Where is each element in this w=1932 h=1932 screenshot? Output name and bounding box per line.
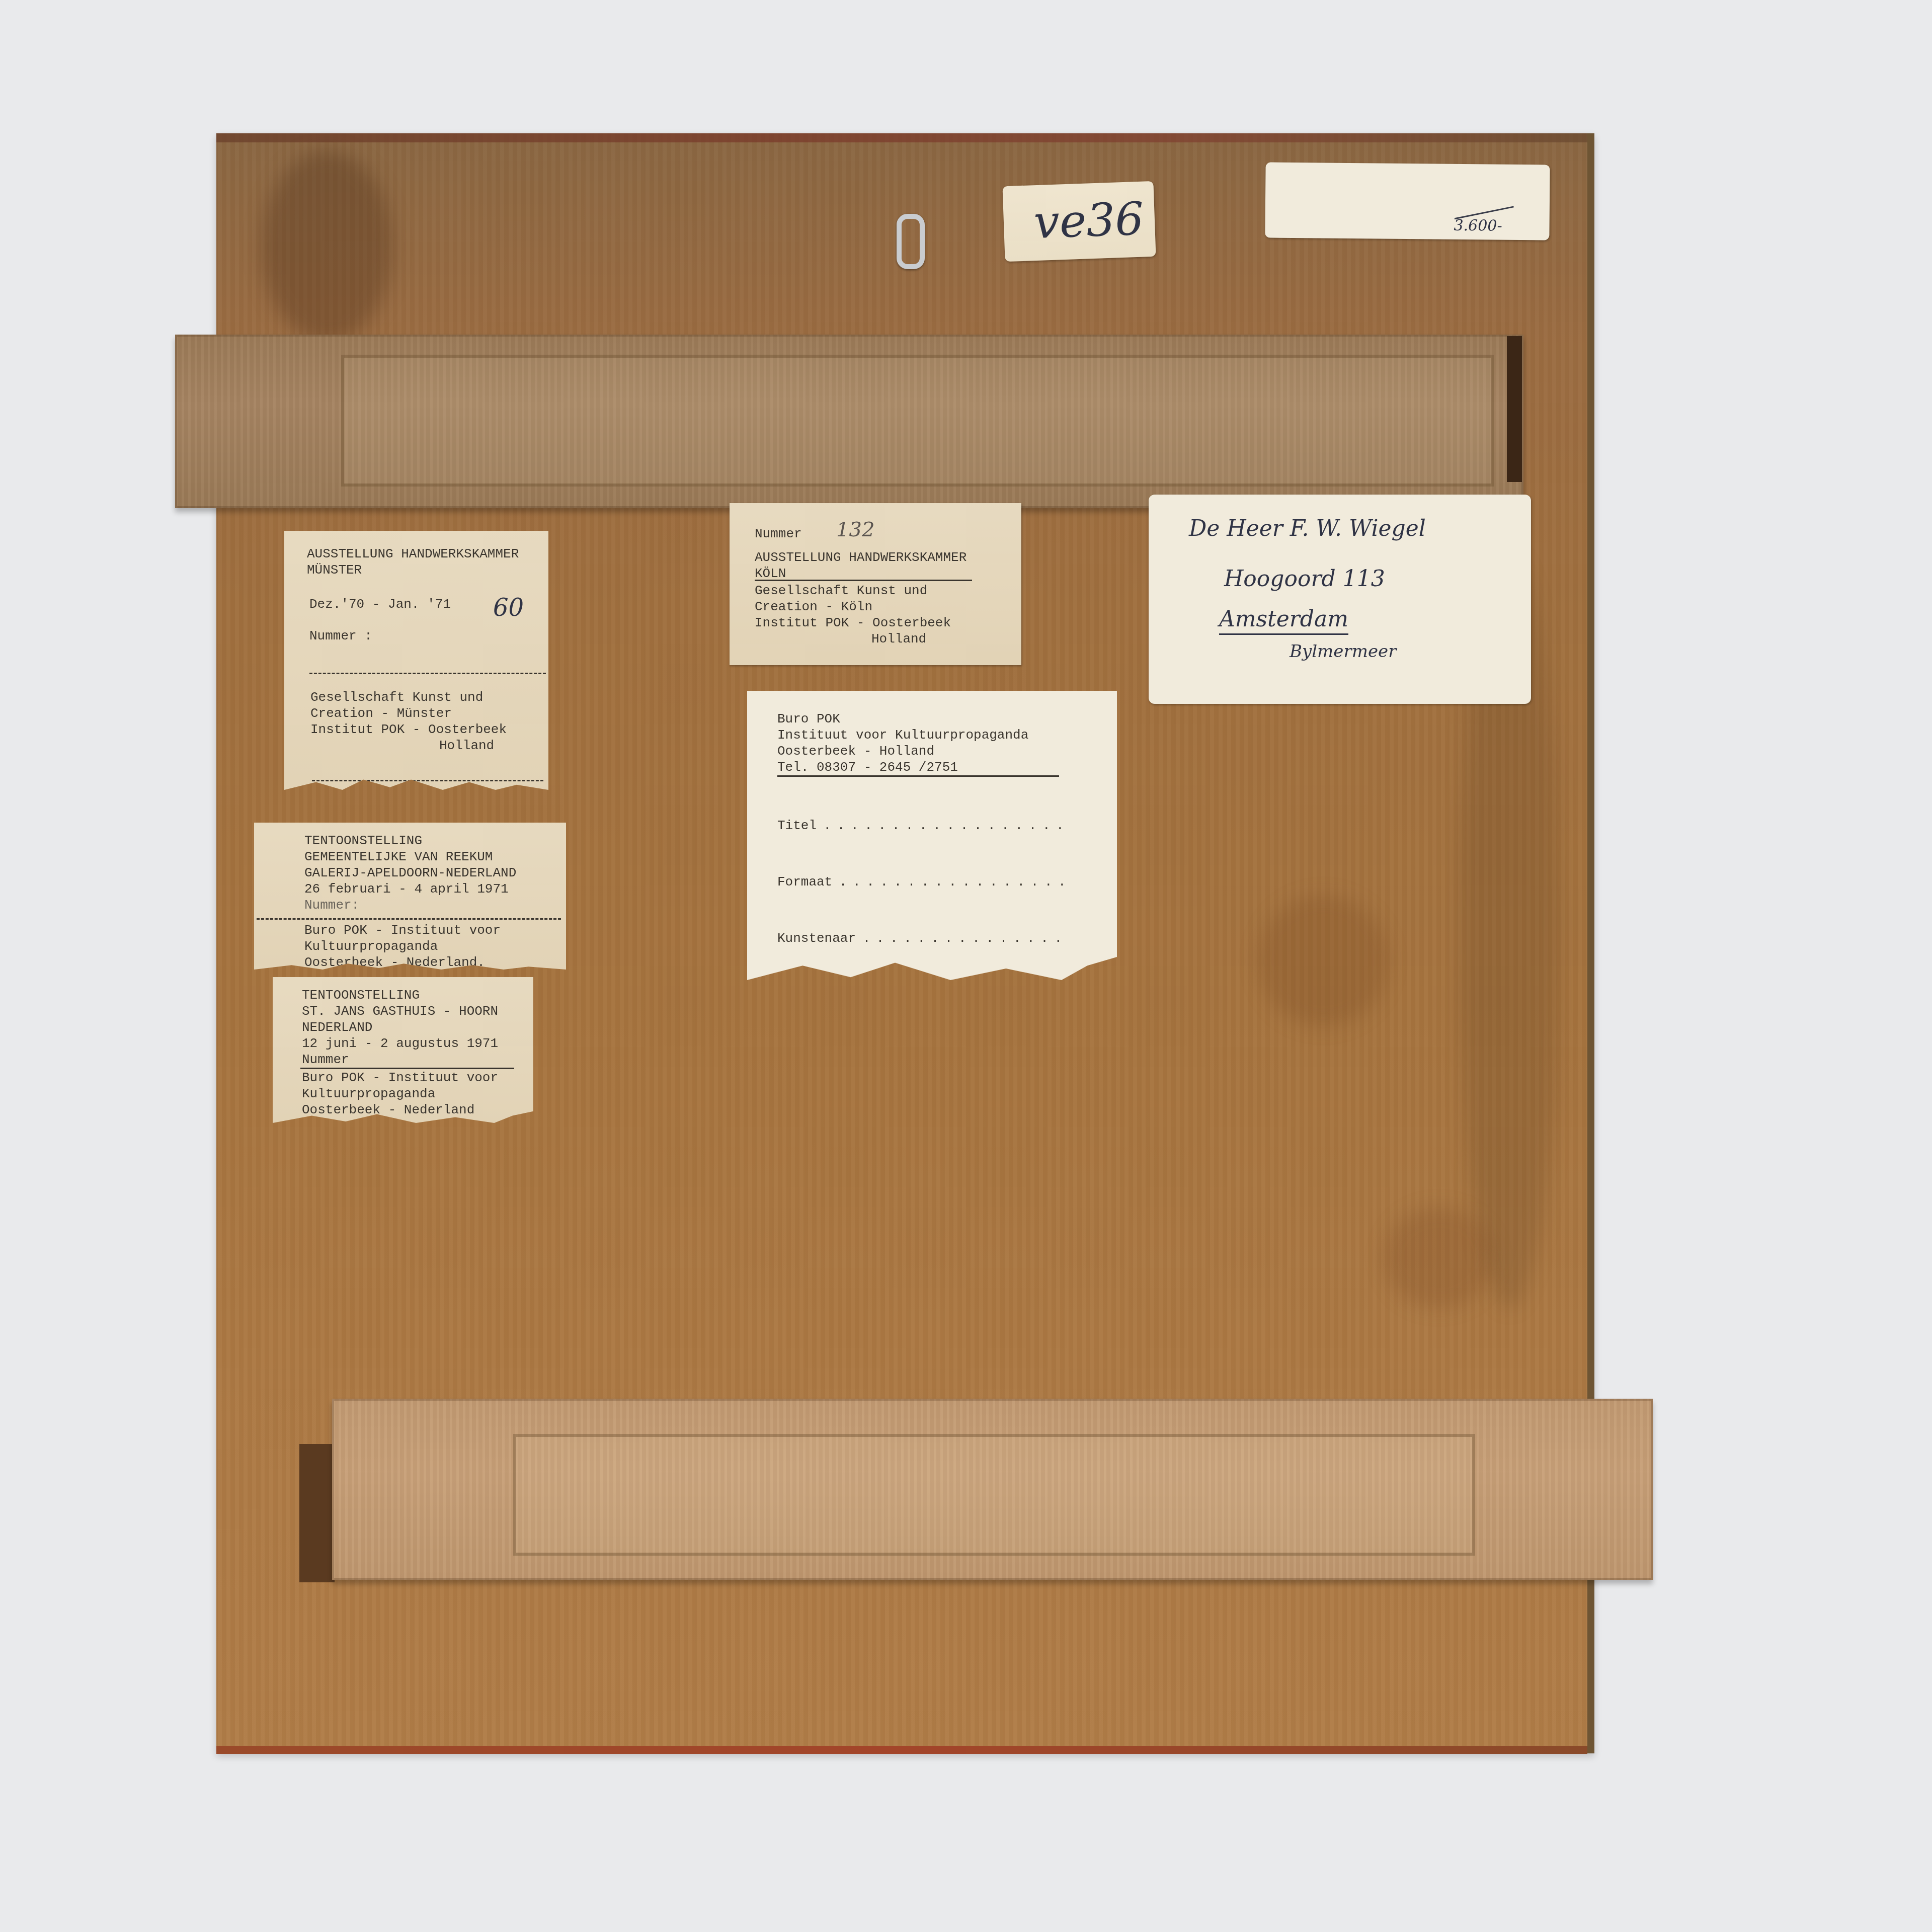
address-line1: De Heer F. W. Wiegel [1189,515,1426,543]
koln-org-line3: Institut POK - Oosterbeek [755,615,951,631]
hoorn-number-label: Nummer [302,1052,349,1068]
price-tag: 3.600- [1265,163,1550,240]
apeldoorn-line1: TENTOONSTELLING [304,833,422,849]
munster-bottom-rule [312,780,543,781]
apeldoorn-line2: GEMEENTELIJKE VAN REEKUM [304,849,493,865]
bottom-batten [332,1399,1653,1580]
munster-org-line1: Gesellschaft Kunst und [310,689,483,705]
batten-slot [1507,336,1522,482]
koln-divider [755,580,972,581]
form-header-line1: Buro POK [777,711,840,727]
hoorn-dates: 12 juni - 2 augustus 1971 [302,1035,498,1052]
field-dots [817,814,1069,838]
apeldoorn-org-line2: Kultuurpropaganda [304,938,438,954]
form-header-line2: Instituut voor Kultuurpropaganda [777,727,1028,743]
label-hoorn: TENTOONSTELLING ST. JANS GASTHUIS - HOOR… [273,977,533,1123]
field-dots [832,870,1069,894]
munster-org-line3: Institut POK - Oosterbeek [310,721,507,738]
koln-number-handwritten: 132 [836,518,874,541]
hoorn-divider [300,1068,514,1069]
field-dots [856,926,1069,950]
field-label: Kunstenaar [777,926,856,950]
label-buro-pok-form: Buro POK Instituut voor Kultuurpropagand… [747,691,1117,980]
form-divider [777,775,1059,777]
address-line3: Amsterdam [1219,605,1348,635]
koln-org-line4: Holland [871,631,926,647]
koln-org-line1: Gesellschaft Kunst und [755,583,927,599]
munster-number-handwritten: 60 [493,594,524,622]
apeldoorn-org-line1: Buro POK - Instituut voor [304,922,501,938]
munster-number-label: Nummer : [309,628,372,644]
apeldoorn-line3: GALERIJ-APELDOORN-NEDERLAND [304,865,516,881]
label-munster: AUSSTELLUNG HANDWERKSKAMMER MÜNSTER Dez.… [284,531,548,790]
field-label: Titel [777,814,817,838]
hoorn-line1: TENTOONSTELLING [302,987,420,1003]
hoorn-org-line1: Buro POK - Instituut voor [302,1070,498,1086]
wood-stain [262,151,392,342]
inventory-number: ve36 [1033,192,1145,251]
hoorn-org-line3: Oosterbeek - Nederland [302,1102,474,1118]
form-header-line3: Oosterbeek - Holland [777,743,934,759]
wood-stain [1258,896,1389,1026]
top-batten [175,335,1523,508]
munster-divider [309,673,546,674]
koln-title-line1: AUSSTELLUNG HANDWERKSKAMMER [755,549,967,566]
munster-title-line1: AUSSTELLUNG HANDWERKSKAMMER [307,546,519,562]
form-field-kunstenaar: Kunstenaar [777,926,1069,950]
hanger-hook-icon [897,214,925,269]
panel-bottom-edge [216,1746,1587,1754]
form-header-line4: Tel. 08307 - 2645 /2751 [777,759,958,775]
batten-recess [341,355,1494,487]
hoorn-line3: NEDERLAND [302,1019,372,1035]
form-field-formaat: Formaat [777,870,1069,894]
field-label: Formaat [777,870,832,894]
panel-top-edge [216,133,1587,142]
label-address: De Heer F. W. Wiegel Hoogoord 113 Amster… [1149,495,1531,704]
munster-org-line4: Holland [439,738,494,754]
form-field-titel: Titel [777,814,1069,838]
koln-number-label: Nummer [755,526,802,542]
hoorn-org-line2: Kultuurpropaganda [302,1086,435,1102]
koln-org-line2: Creation - Köln [755,599,872,615]
label-koln: Nummer 132 AUSSTELLUNG HANDWERKSKAMMER K… [730,503,1021,665]
apeldoorn-number-label: Nummer: [304,897,359,913]
batten-slot [299,1444,335,1582]
apeldoorn-dates: 26 februari - 4 april 1971 [304,881,509,897]
munster-org-line2: Creation - Münster [310,705,452,721]
batten-recess [513,1434,1475,1556]
munster-title-line2: MÜNSTER [307,562,362,578]
inventory-tag: ve36 [1002,181,1156,262]
label-apeldoorn: TENTOONSTELLING GEMEENTELIJKE VAN REEKUM… [254,823,566,970]
hoorn-line2: ST. JANS GASTHUIS - HOORN [302,1003,498,1019]
address-line2: Hoogoord 113 [1224,565,1385,593]
apeldoorn-divider [257,918,561,920]
price-value: 3.600- [1454,217,1502,235]
munster-dates: Dez.'70 - Jan. '71 [309,596,451,612]
address-line4: Bylmermeer [1290,640,1396,663]
